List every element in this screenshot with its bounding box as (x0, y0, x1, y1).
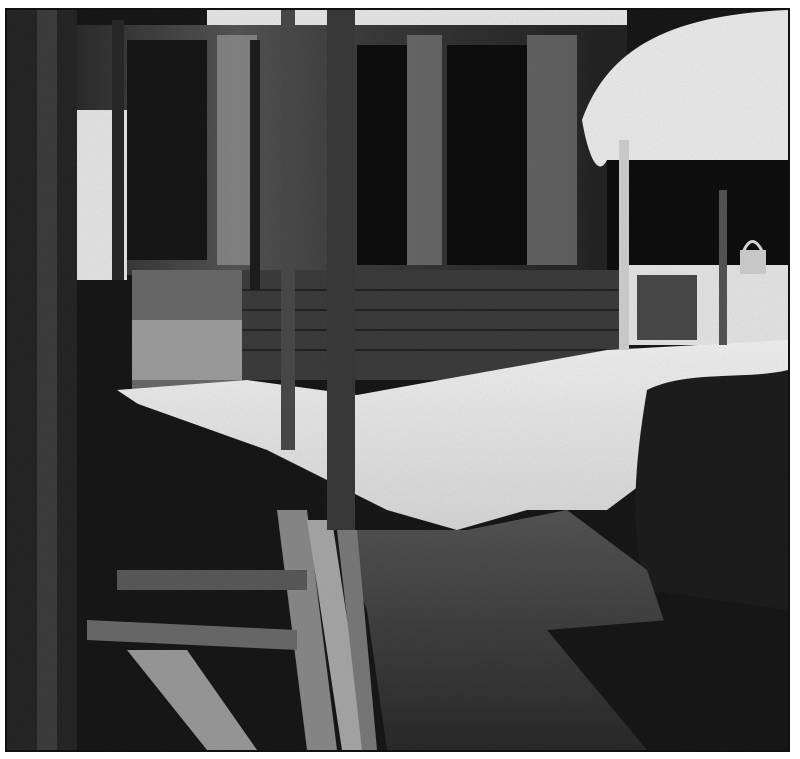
facade-lit-panel (407, 35, 442, 265)
bucket (740, 250, 766, 274)
trunk-texture (37, 10, 57, 750)
wooden-post-center (327, 10, 355, 530)
lit-steps (132, 320, 242, 380)
wooden-post (281, 10, 295, 450)
photo-frame (5, 8, 790, 752)
doorway (127, 40, 207, 260)
bushes-right (635, 370, 788, 610)
doorway (357, 45, 407, 265)
wooden-post (250, 40, 260, 290)
wooden-post (719, 190, 727, 345)
doorway (447, 45, 527, 265)
photograph (7, 10, 788, 750)
right-wall-bricks (637, 275, 697, 340)
facade-lit-panel (527, 35, 577, 265)
wooden-post (619, 140, 629, 350)
wooden-post (112, 20, 124, 280)
